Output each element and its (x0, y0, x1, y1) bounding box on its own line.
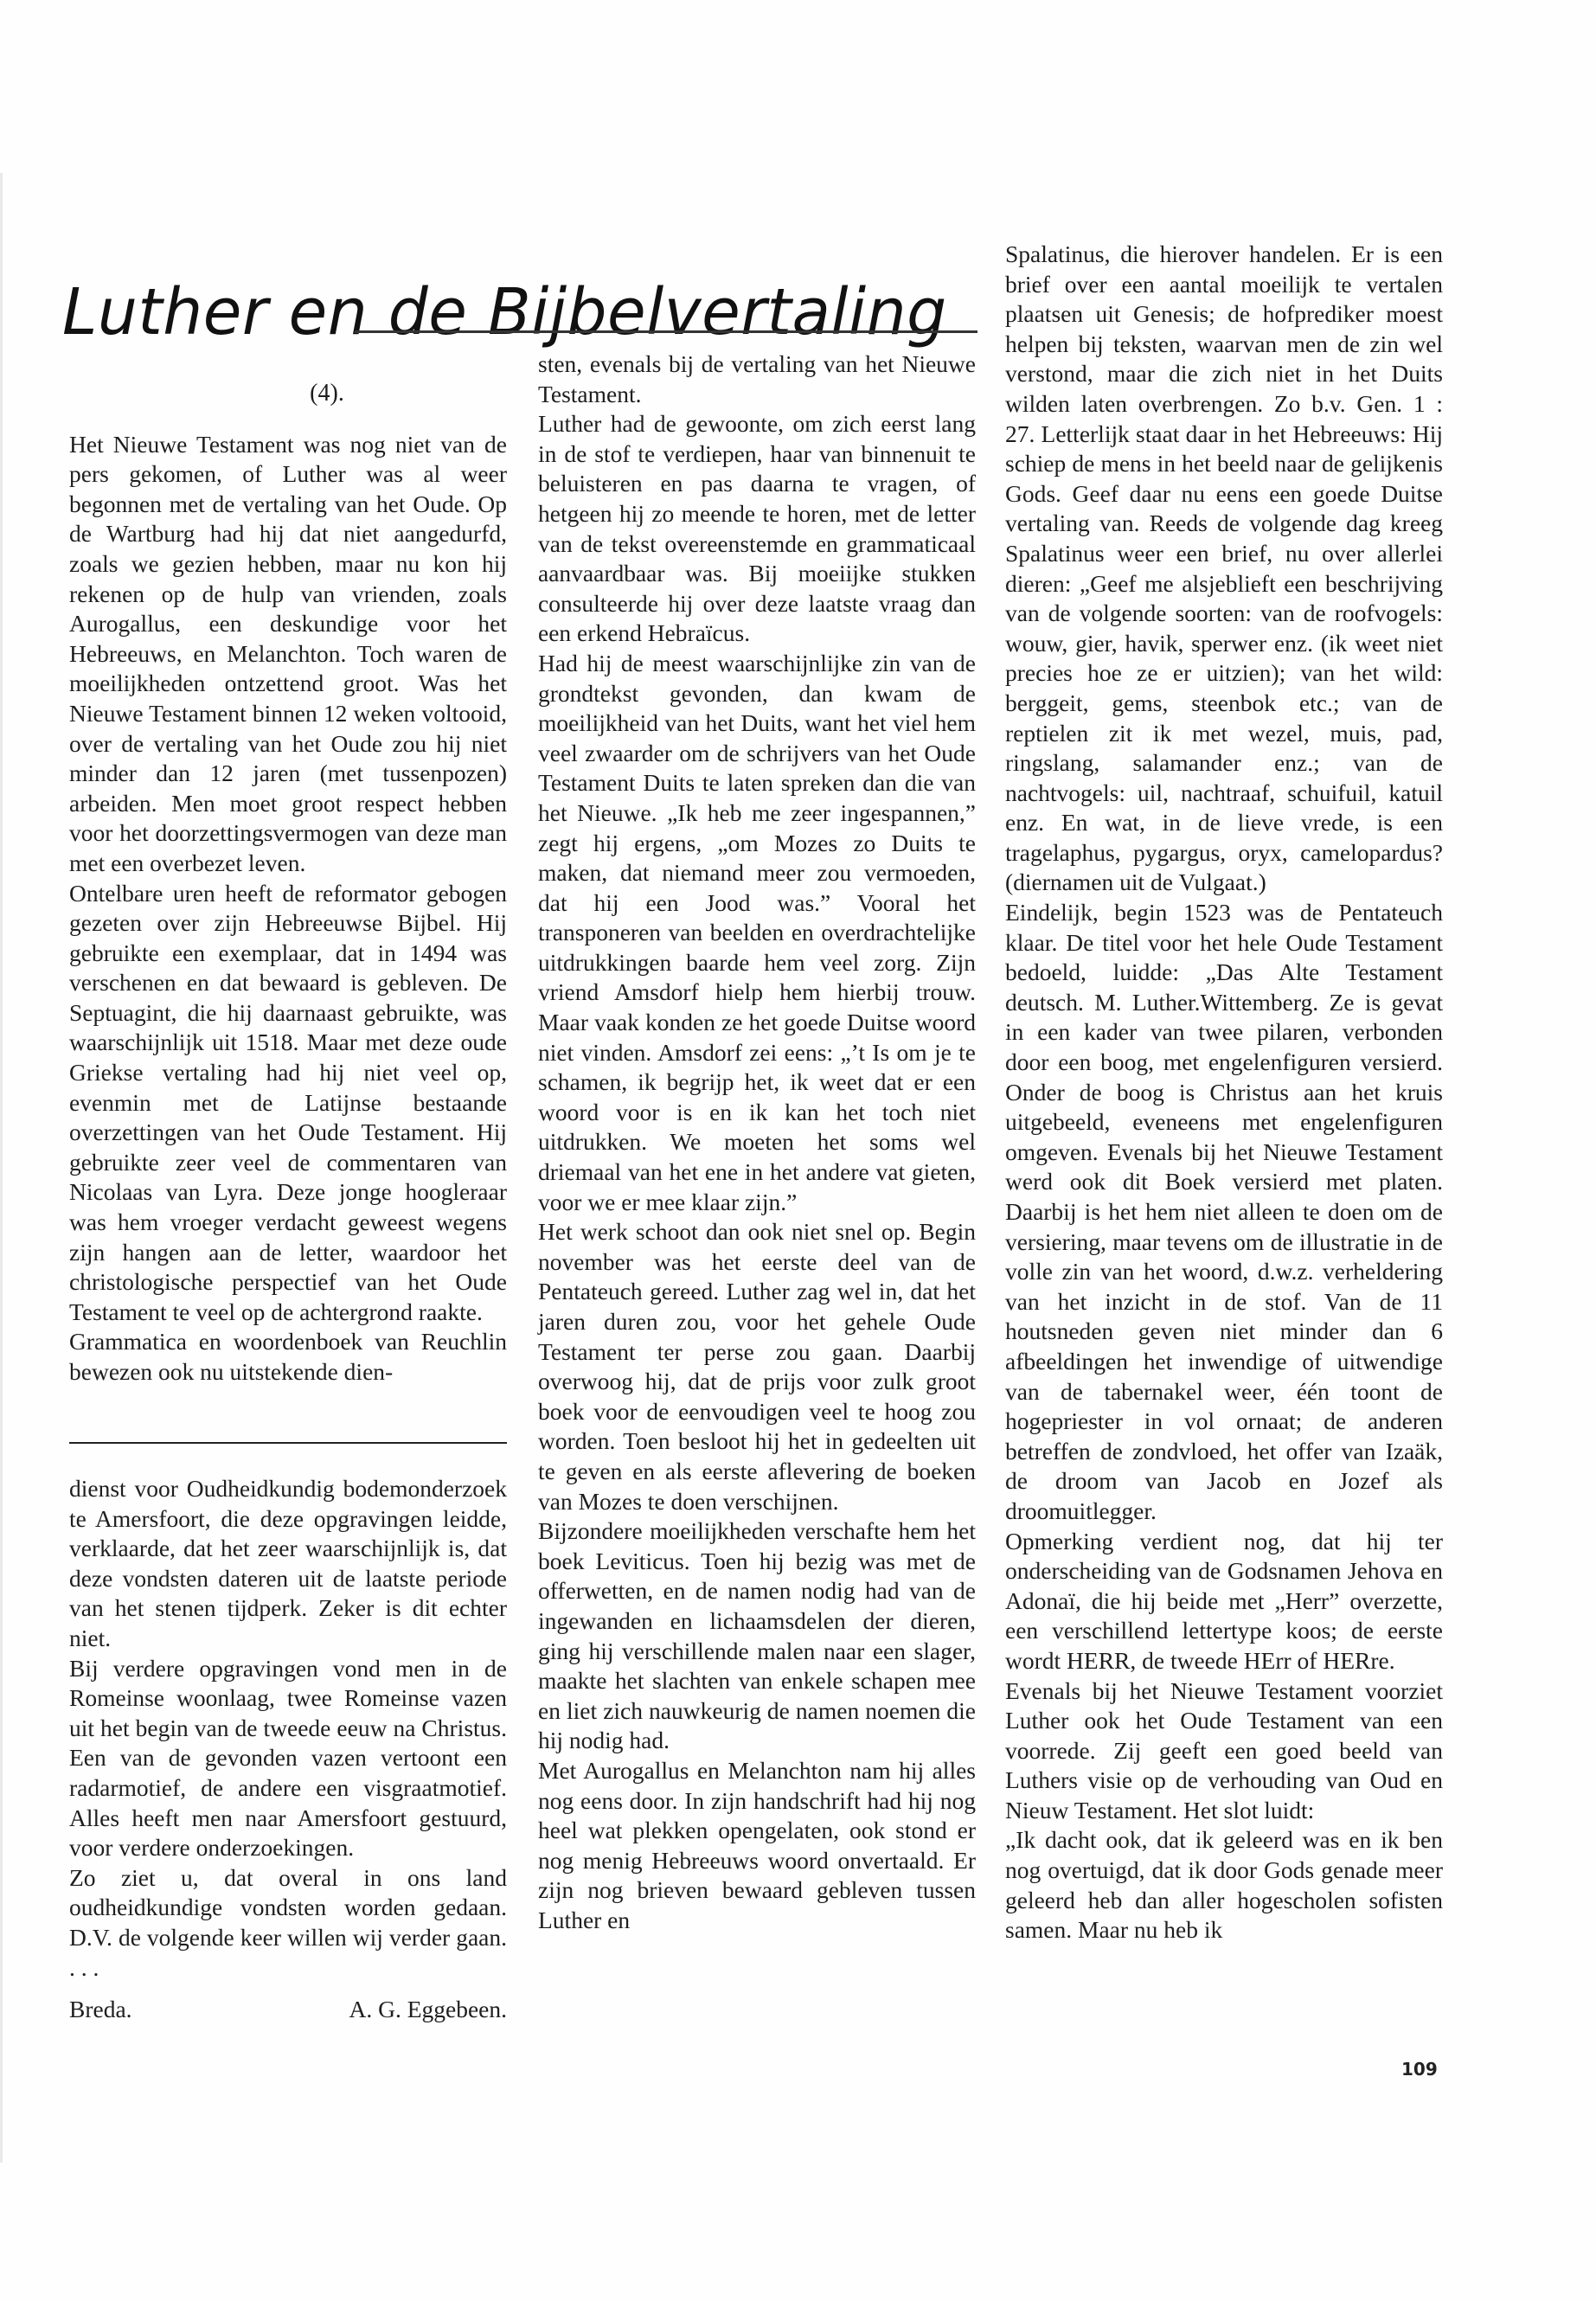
article-column-1: (4). Het Nieuwe Testament was nog niet v… (69, 379, 507, 1388)
signature-author: A. G. Eggebeen. (349, 1995, 507, 2025)
page-number: 109 (1401, 2059, 1438, 2080)
page-edge-shadow (0, 173, 3, 2163)
paragraph: Spalatinus, die hierover handelen. Er is… (1005, 240, 1443, 898)
paragraph: Luther had de gewoonte, om zich eerst la… (538, 409, 976, 649)
article-title: Luther en de Bijbelvertaling (62, 275, 947, 349)
paragraph: Met Aurogallus en Melanchton nam hij all… (538, 1756, 976, 1936)
paragraph: Het Nieuwe Testament was nog niet van de… (69, 430, 507, 879)
paragraph: Zo ziet u, dat overal in ons land oudhei… (69, 1863, 507, 1983)
paragraph: dienst voor Oudheidkundig bodemonderzoek… (69, 1474, 507, 1654)
previous-article-continuation: dienst voor Oudheidkundig bodemonderzoek… (69, 1474, 507, 2025)
paragraph: „Ik dacht ook, dat ik geleerd was en ik … (1005, 1825, 1443, 1945)
part-number: (4). (69, 379, 507, 409)
magazine-page: Luther en de Bijbelvertaling (4). Het Ni… (0, 0, 1596, 2301)
paragraph: sten, evenals bij de vertaling van het N… (538, 349, 976, 409)
signature-line: Breda. A. G. Eggebeen. (69, 1995, 507, 2025)
paragraph: Ontelbare uren heeft de reformator gebog… (69, 879, 507, 1328)
paragraph: Grammatica en woordenboek van Reuchlin b… (69, 1327, 507, 1387)
section-divider-rule (69, 1442, 507, 1444)
paragraph: Bij verdere opgravingen vond men in de R… (69, 1654, 507, 1863)
title-underline-rule (355, 330, 977, 333)
article-column-3: Spalatinus, die hierover handelen. Er is… (1005, 240, 1443, 1945)
article-column-2: sten, evenals bij de vertaling van het N… (538, 349, 976, 1935)
paragraph: Opmerking verdient nog, dat hij ter onde… (1005, 1527, 1443, 1676)
paragraph: Evenals bij het Nieuwe Testament voorzie… (1005, 1676, 1443, 1826)
signature-place: Breda. (69, 1995, 132, 2025)
paragraph: Eindelijk, begin 1523 was de Pentateuch … (1005, 898, 1443, 1526)
paragraph: Had hij de meest waarschijnlijke zin van… (538, 649, 976, 1217)
paragraph: Bijzondere moeilijkheden verschafte hem … (538, 1516, 976, 1756)
paragraph: Het werk schoot dan ook niet snel op. Be… (538, 1217, 976, 1516)
